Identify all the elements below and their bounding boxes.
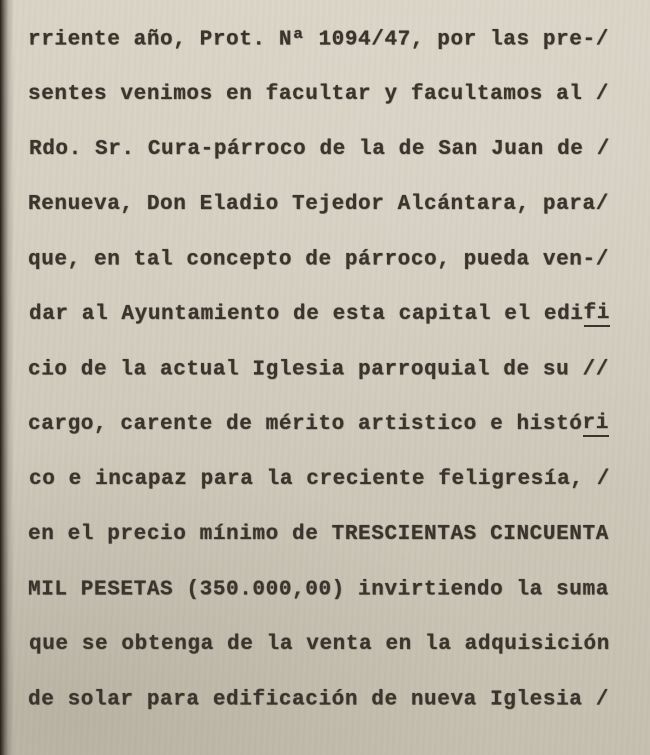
line-text: Renueva, Don Eladio Tejedor Alcántara, p…	[28, 193, 609, 216]
underlined-syllable: ri	[583, 412, 609, 437]
line-text: en el precio mínimo de TRESCIENTAS CINCU…	[28, 523, 609, 546]
document-line: rriente año, Prot. Nª 1094/47, por las p…	[28, 13, 642, 68]
document-line: cargo, carente de mérito artistico e his…	[28, 397, 642, 452]
document-line: sentes venimos en facultar y facultamos …	[28, 67, 642, 122]
page-edge-shadow	[0, 0, 14, 755]
document-line: co e incapaz para la creciente feligresí…	[29, 452, 643, 507]
document-text: rriente año, Prot. Nª 1094/47, por las p…	[28, 12, 642, 727]
document-line: que se obtenga de la venta en la adquisi…	[29, 617, 643, 672]
line-text: co e incapaz para la creciente feligresí…	[29, 468, 610, 491]
document-line: en el precio mínimo de TRESCIENTAS CINCU…	[28, 507, 642, 562]
document-line: MIL PESETAS (350.000,00) invirtiendo la …	[28, 563, 642, 618]
line-text: MIL PESETAS (350.000,00) invirtiendo la …	[28, 579, 609, 602]
line-text: que se obtenga de la venta en la adquisi…	[29, 633, 610, 656]
line-text: rriente año, Prot. Nª 1094/47, por las p…	[28, 29, 609, 52]
line-text: que, en tal concepto de párroco, pueda v…	[28, 249, 609, 272]
document-line: que, en tal concepto de párroco, pueda v…	[28, 233, 642, 288]
underlined-syllable: fi	[584, 302, 610, 327]
line-text: sentes venimos en facultar y facultamos …	[28, 83, 609, 106]
document-line: Rdo. Sr. Cura-párroco de la de San Juan …	[29, 122, 643, 177]
document-line: Renueva, Don Eladio Tejedor Alcántara, p…	[28, 177, 642, 232]
line-text: Rdo. Sr. Cura-párroco de la de San Juan …	[29, 138, 610, 161]
document-line: dar al Ayuntamiento de esta capital el e…	[29, 287, 643, 342]
document-page: rriente año, Prot. Nª 1094/47, por las p…	[0, 0, 650, 755]
line-text: cio de la actual Iglesia parroquial de s…	[28, 359, 609, 382]
line-text: cargo, carente de mérito artistico e his…	[28, 413, 583, 436]
line-text: dar al Ayuntamiento de esta capital el e…	[29, 303, 584, 326]
document-line: cio de la actual Iglesia parroquial de s…	[28, 343, 642, 398]
document-line: de solar para edificación de nueva Igles…	[28, 673, 642, 728]
line-text: de solar para edificación de nueva Igles…	[28, 689, 609, 712]
